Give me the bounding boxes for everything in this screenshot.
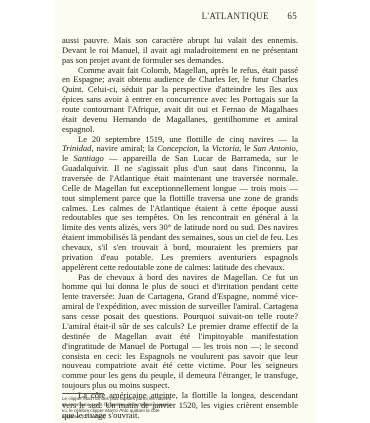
paragraph: Pas de chevaux à bord des navires de Mag…	[62, 273, 298, 391]
text-run: Pas de chevaux à bord des navires de Mag…	[62, 272, 298, 390]
italic-text: Marco Polo	[105, 408, 128, 413]
text-run: Le 20 septembre 1519, une flottille de c…	[78, 134, 298, 144]
book-page: L'ATLANTIQUE 65 aussi pauvre. Mais son c…	[54, 0, 316, 423]
text-run: aussi pauvre. Mais son caractère abrupt …	[62, 35, 298, 65]
text-run: , le	[239, 143, 253, 153]
italic-text: (Cl. Laffont)	[82, 414, 106, 419]
paragraph: aussi pauvre. Mais son caractère abrupt …	[62, 36, 298, 66]
italic-text: San Antonio	[253, 143, 296, 153]
paragraph: Comme avait fait Colomb, Magellan, après…	[62, 66, 298, 135]
italic-text: Santiago	[73, 153, 103, 163]
running-title: L'ATLANTIQUE	[202, 11, 269, 21]
paragraph: Le 20 septembre 1519, une flottille de c…	[62, 135, 298, 273]
running-header: L'ATLANTIQUE 65	[54, 11, 297, 21]
text-run: — appareilla de San Lucar de Barrameda, …	[62, 153, 298, 271]
page-number: 65	[287, 11, 297, 21]
body-text: aussi pauvre. Mais son caractère abrupt …	[62, 36, 298, 421]
text-run: , navire amiral; la	[91, 143, 156, 153]
italic-text: Victoria	[212, 143, 239, 153]
text-run: , la	[198, 143, 212, 153]
figure-caption: Le clipper était l'un des plus rapides p…	[62, 396, 174, 420]
italic-text: Trinidad	[62, 143, 91, 153]
footnote-rule	[62, 393, 104, 394]
text-run: Comme avait fait Colomb, Magellan, après…	[62, 65, 298, 134]
italic-text: Concepcion	[157, 143, 198, 153]
